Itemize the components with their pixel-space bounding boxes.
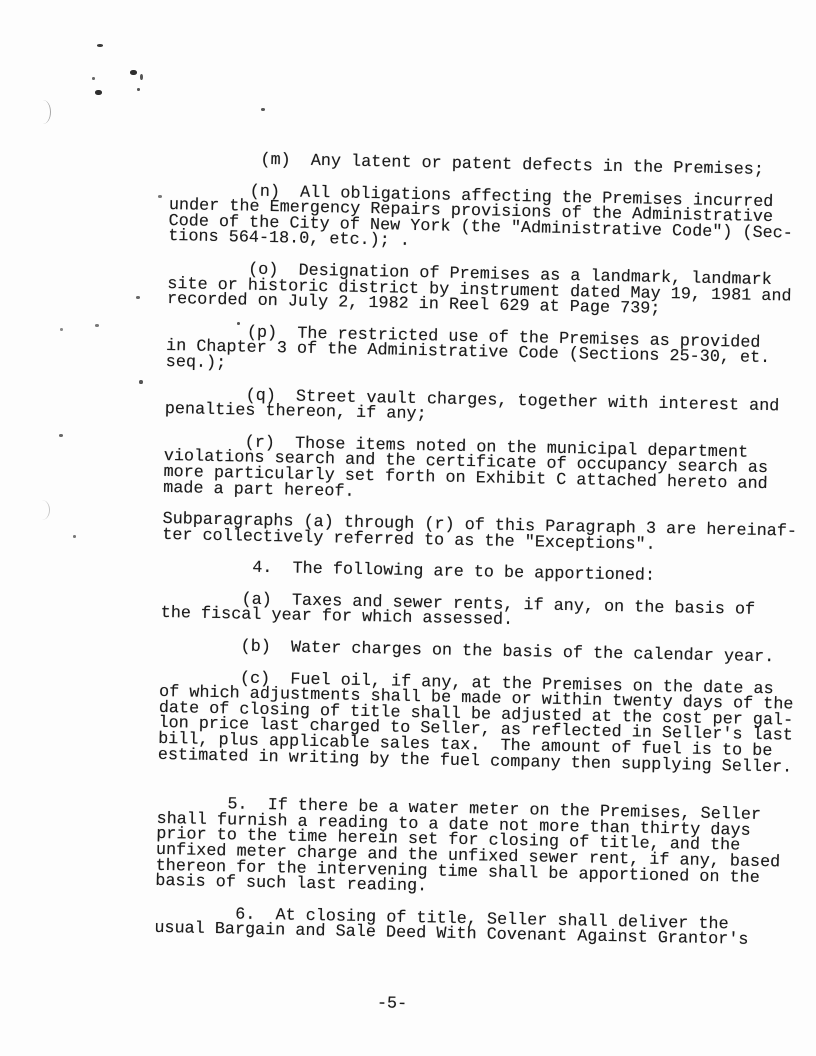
scan-speck bbox=[95, 90, 102, 95]
page-number: -5- bbox=[153, 992, 801, 1021]
paragraph-n: (n) All obligations affecting the Premis… bbox=[168, 183, 816, 258]
scan-speck bbox=[92, 77, 95, 80]
paragraph-num6: 6. At closing of title, Seller shall del… bbox=[154, 906, 802, 950]
paragraph-m: (m) Any latent or patent defects in the … bbox=[170, 151, 816, 180]
scan-speck bbox=[158, 195, 162, 198]
paragraph-num5: 5. If there be a water meter on the Prem… bbox=[155, 796, 805, 903]
scan-speck bbox=[60, 328, 63, 331]
paragraph-num4c: (c) Fuel oil, if any, at the Premises on… bbox=[158, 670, 808, 777]
paragraph-r: (r) Those items noted on the municipal d… bbox=[163, 434, 812, 509]
scan-speck bbox=[130, 70, 137, 75]
paragraph-p: (p) The restricted use of the Premises a… bbox=[166, 324, 815, 384]
scan-speck bbox=[137, 88, 140, 91]
scan-paren-mark bbox=[42, 500, 50, 520]
scan-speck bbox=[140, 74, 143, 80]
scan-speck bbox=[261, 108, 265, 111]
scan-speck bbox=[73, 535, 76, 538]
scan-speck bbox=[136, 296, 140, 299]
paragraph-num4a: (a) Taxes and sewer rents, if any, on th… bbox=[161, 591, 809, 635]
paragraph-num4: 4. The following are to be apportioned: bbox=[161, 559, 809, 588]
document-page: (m) Any latent or patent defects in the … bbox=[0, 0, 816, 1056]
paragraph-o: (o) Designation of Premises as a landmar… bbox=[167, 261, 816, 321]
scan-speck bbox=[97, 44, 103, 47]
paragraph-num4b: (b) Water charges on the basis of the ca… bbox=[160, 638, 808, 667]
contract-paragraphs: (m) Any latent or patent defects in the … bbox=[154, 151, 816, 950]
contract-text-block: (m) Any latent or patent defects in the … bbox=[153, 151, 816, 1020]
paragraph-q: (q) Street vault charges, together with … bbox=[165, 386, 813, 430]
scan-paren-mark bbox=[43, 100, 51, 124]
scan-speck bbox=[95, 324, 99, 327]
scan-speck bbox=[139, 380, 143, 384]
paragraph-subparagraphs: Subparagraphs (a) through (r) of this Pa… bbox=[162, 512, 810, 556]
scan-speck bbox=[59, 434, 63, 437]
